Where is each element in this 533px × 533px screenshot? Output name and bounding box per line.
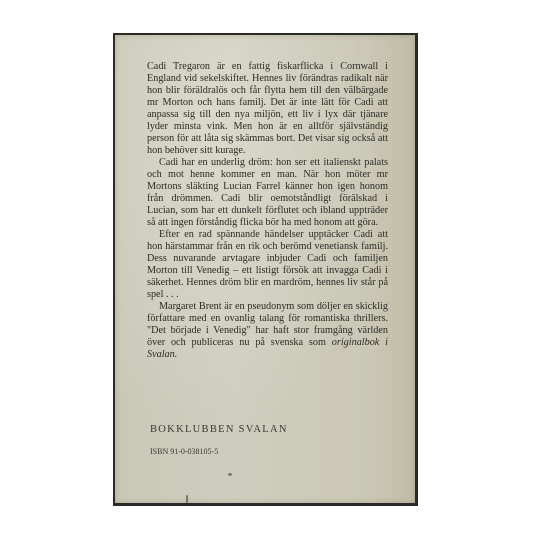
stain-mark <box>186 495 188 503</box>
blurb-paragraph-2: Cadi har en underlig dröm: hon ser ett i… <box>147 157 388 229</box>
blurb-paragraph-1: Cadi Tregaron är en fattig fiskarflicka … <box>147 61 388 157</box>
blurb-paragraph-4: Margaret Brent är en pseudonym som dölje… <box>147 301 388 361</box>
blurb-paragraph-3: Efter en rad spännande händelser upptäck… <box>147 229 388 301</box>
isbn-number: ISBN 91-0-038105-5 <box>150 447 218 456</box>
publisher-name: BOKKLUBBEN SVALAN <box>150 424 288 435</box>
book-back-cover: Cadi Tregaron är en fattig fiskarflicka … <box>113 33 418 506</box>
stain-mark <box>228 473 232 476</box>
blurb-text: Cadi Tregaron är en fattig fiskarflicka … <box>147 61 388 361</box>
